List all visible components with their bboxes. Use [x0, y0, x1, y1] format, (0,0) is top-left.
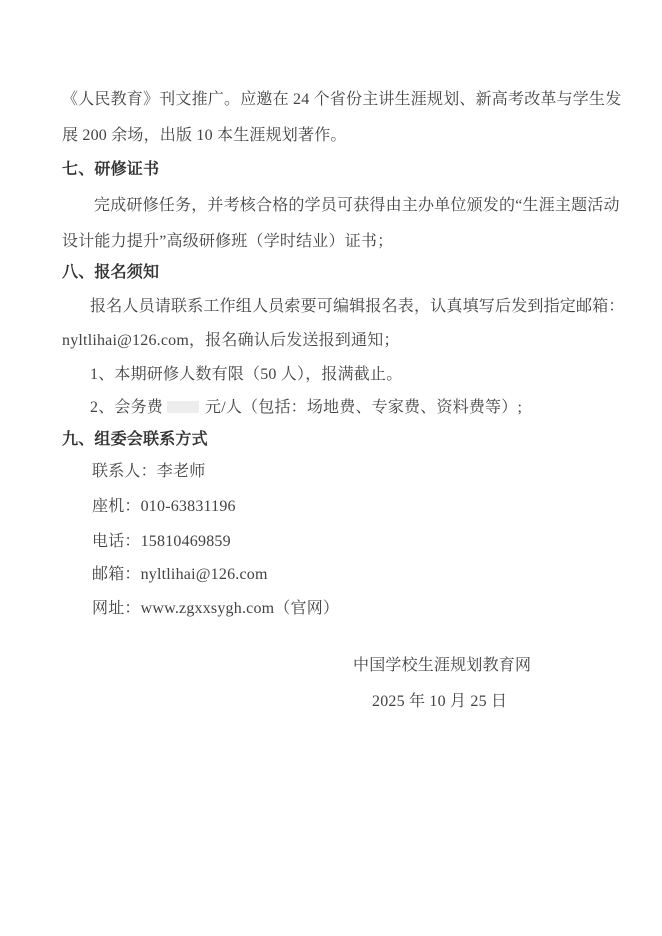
- section-8-heading: 八、报名须知: [62, 259, 159, 282]
- section-8-list-item-1: 1、本期研修人数有限（50 人），报满截止。: [90, 361, 402, 384]
- intro-paragraph-line-1: 《人民教育》刊文推广。应邀在 24 个省份主讲生涯规划、新高考改革与学生发: [62, 86, 621, 109]
- intro-paragraph-line-2: 展 200 余场，出版 10 本生涯规划著作。: [62, 122, 347, 145]
- contact-person-line: 联系人：李老师: [92, 458, 205, 481]
- section-7-paragraph-line-1: 完成研修任务，并考核合格的学员可获得由主办单位颁发的“生涯主题活动: [94, 192, 620, 215]
- contact-landline-line: 座机：010-63831196: [92, 493, 236, 516]
- fee-amount-blank: [167, 401, 199, 413]
- document-page: 《人民教育》刊文推广。应邀在 24 个省份主讲生涯规划、新高考改革与学生发 展 …: [0, 0, 662, 936]
- fee-line-prefix: 2、会务费: [90, 399, 163, 416]
- contact-email-line: 邮箱：nyltlihai@126.com: [92, 561, 268, 584]
- signature-organization: 中国学校生涯规划教育网: [353, 652, 531, 675]
- contact-phone-line: 电话：15810469859: [92, 528, 231, 551]
- section-8-paragraph-line-1: 报名人员请联系工作组人员索要可编辑报名表，认真填写后发到指定邮箱：: [90, 293, 625, 316]
- section-9-heading: 九、组委会联系方式: [62, 426, 208, 449]
- section-8-list-item-2: 2、会务费元/人（包括：场地费、专家费、资料费等）;: [90, 394, 522, 417]
- section-7-heading: 七、研修证书: [62, 156, 159, 179]
- contact-website-line: 网址：www.zgxxsygh.com（官网）: [92, 595, 339, 618]
- section-8-paragraph-line-2: nyltlihai@126.com，报名确认后发送报到通知；: [62, 327, 400, 350]
- signature-date: 2025 年 10 月 25 日: [372, 688, 507, 711]
- fee-line-suffix: 元/人（包括：场地费、专家费、资料费等）;: [205, 399, 522, 416]
- section-7-paragraph-line-2: 设计能力提升”高级研修班（学时结业）证书；: [62, 228, 393, 251]
